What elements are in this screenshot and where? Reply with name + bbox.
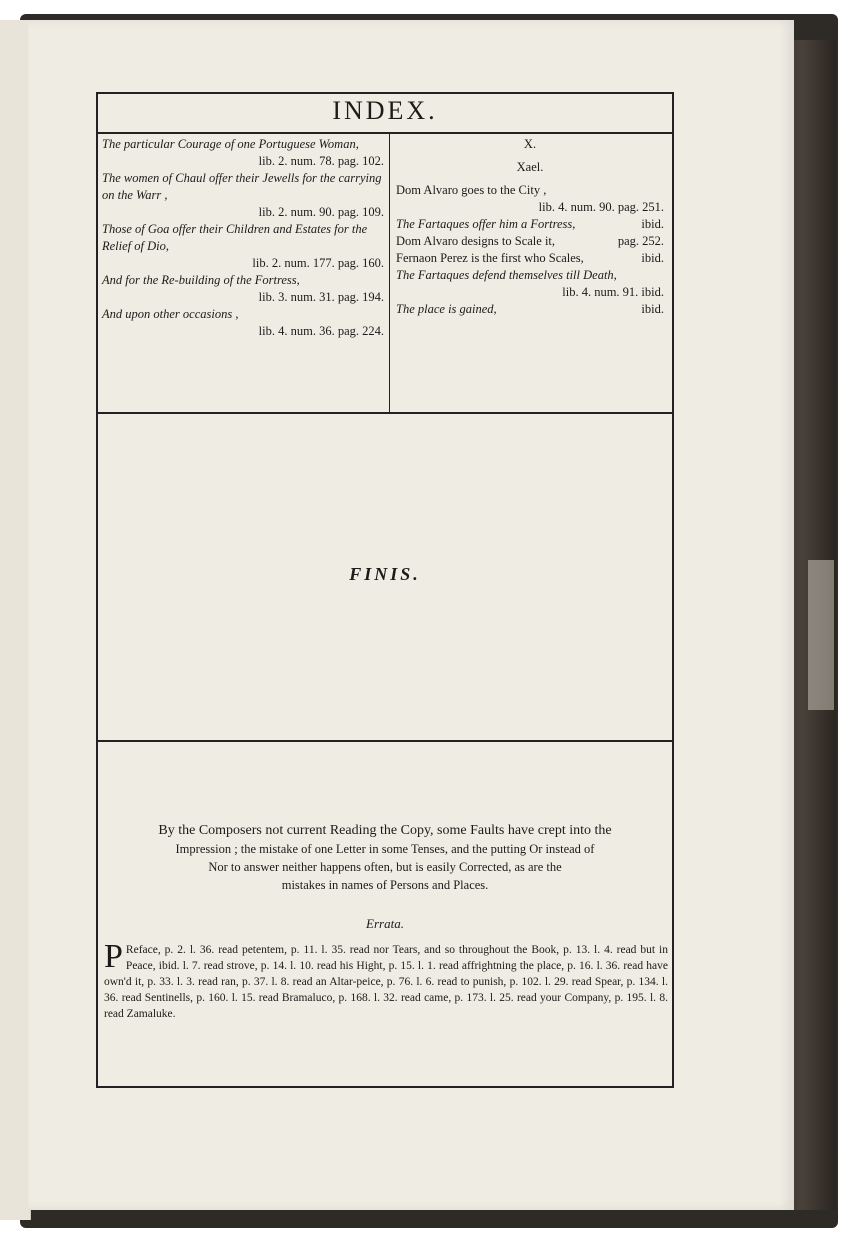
title-bar: INDEX.: [98, 94, 672, 134]
index-entry: And for the Re-building of the Fortress,…: [102, 272, 384, 306]
rule-upper: [98, 412, 672, 414]
facing-page-edge: [0, 20, 31, 1220]
page-title: INDEX.: [98, 96, 672, 126]
column-divider: [389, 132, 390, 412]
rule-lower: [98, 740, 672, 742]
index-entry: And upon other occasions ,lib. 4. num. 3…: [102, 306, 384, 340]
section-letter: X.: [396, 136, 664, 153]
index-entry: The women of Chaul offer their Jewells f…: [102, 170, 384, 221]
index-entry: Dom Alvaro goes to the City ,lib. 4. num…: [396, 182, 664, 216]
printer-notice: By the Composers not current Reading the…: [98, 822, 672, 894]
errata-heading: Errata.: [98, 916, 672, 932]
errata-text: P Reface, p. 2. l. 36. read petentem, p.…: [104, 942, 668, 1022]
section-heading: Xael.: [396, 159, 664, 176]
index-entry: The Fartaques offer him a Fortress, ibid…: [396, 216, 664, 233]
index-entry: The particular Courage of one Portuguese…: [102, 136, 384, 170]
finis-heading: FINIS.: [98, 564, 672, 585]
index-entry: Dom Alvaro designs to Scale it, pag. 252…: [396, 233, 664, 250]
printed-frame: INDEX. The particular Courage of one Por…: [96, 92, 674, 1088]
drop-cap: P: [104, 942, 123, 972]
index-right-column: X. Xael. Dom Alvaro goes to the City ,li…: [396, 136, 664, 318]
index-entry: The Fartaques defend themselves till Dea…: [396, 267, 664, 301]
board-damage: [808, 560, 834, 710]
index-entry: The place is gained, ibid.: [396, 301, 664, 318]
index-left-column: The particular Courage of one Portuguese…: [102, 136, 384, 340]
index-entry: Those of Goa offer their Children and Es…: [102, 221, 384, 272]
index-entry: Fernaon Perez is the first who Scales, i…: [396, 250, 664, 267]
